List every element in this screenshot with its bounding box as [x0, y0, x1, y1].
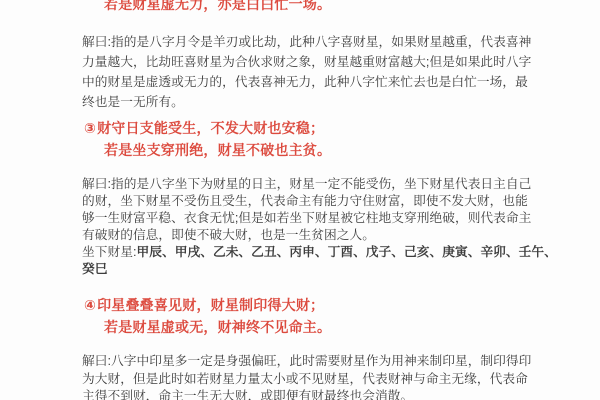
explain-line: 终也是一无所有。 — [82, 92, 531, 112]
explain-line: 力量越大，比劫旺喜财星为合伙求财之象，财星越重财富越大;但是如果此时八字 — [82, 52, 531, 72]
explain-line: 的财，坐下财星不受伤且受生，代表命主有能力守住财富，即使不发大财，也能 — [82, 193, 557, 210]
sitting-wealth-list-line: 癸巳 — [82, 261, 557, 278]
section3-explain-paragraph: 解曰:指的是八字坐下为财星的日主，财星一定不能受伤，坐下财星代表日主自己 的财，… — [82, 176, 557, 278]
document-page: 若是财星虚无力，亦是白白忙一场。 解曰:指的是八字月令是羊刃或比劫，此种八字喜财… — [0, 0, 600, 400]
intro-explain-paragraph: 解曰:指的是八字月令是羊刃或比劫，此种八字喜财星，如果财星越重，代表喜神 力量越… — [82, 32, 531, 112]
explain-line: 解曰:指的是八字月令是羊刃或比劫，此种八字喜财星，如果财星越重，代表喜神 — [82, 32, 531, 52]
explain-line: 解曰:八字中印星多一定是身强偏旺，此时需要财星作为用神来制印星，制印得印 — [82, 353, 531, 371]
heading-line: 若是财星虚或无，财神终不见命主。 — [84, 316, 331, 338]
intro-heading-tail-line: 若是财星虚无力，亦是白白忙一场。 — [104, 0, 331, 14]
heading-line: ④印星叠叠喜见财，财星制印得大财； — [84, 294, 331, 316]
section4-number: ④ — [84, 297, 96, 313]
heading-line: ③财守日支能受生，不发大财也安稳； — [84, 117, 331, 139]
explain-line: 为大财，但是此时如若财星力量太小或不见财星，代表财神与命主无缘，代表命 — [82, 371, 531, 389]
explain-line: 够一生财富平稳、衣食无忧;但是如若坐下财星被它柱地支穿刑绝破，则代表命主 — [82, 210, 557, 227]
section3-heading: ③财守日支能受生，不发大财也安稳； 若是坐支穿刑绝，财星不破也主贫。 — [84, 117, 331, 161]
explain-line: 中的财星是虚透或无力的，代表喜神无力，此种八字忙来忙去也是白忙一场，最 — [82, 72, 531, 92]
explain-line: 有破财的信息，即使不破大财，也是一生贫困之人。 — [82, 227, 557, 244]
sitting-wealth-list-line: 坐下财星:甲辰、甲戌、乙未、乙丑、丙申、丁酉、戊子、己亥、庚寅、辛卯、壬午、 — [82, 244, 557, 261]
list-ganzhi: 甲辰、甲戌、乙未、乙丑、丙申、丁酉、戊子、己亥、庚寅、辛卯、壬午、 — [137, 245, 557, 259]
explain-line: 解曰:指的是八字坐下为财星的日主，财星一定不能受伤，坐下财星代表日主自己 — [82, 176, 557, 193]
explain-line: 主得不到财，命主一生无大财，或即便有财最终也会消散。 — [82, 388, 531, 400]
heading-line: 若是坐支穿刑绝，财星不破也主贫。 — [84, 139, 331, 161]
section4-explain-paragraph: 解曰:八字中印星多一定是身强偏旺，此时需要财星作为用神来制印星，制印得印 为大财… — [82, 353, 531, 400]
heading-text: 财守日支能受生，不发大财也安稳； — [97, 120, 324, 136]
section3-number: ③ — [84, 120, 96, 136]
heading-text: 印星叠叠喜见财，财星制印得大财； — [97, 297, 324, 313]
list-label: 坐下财星: — [82, 245, 137, 259]
section4-heading: ④印星叠叠喜见财，财星制印得大财； 若是财星虚或无，财神终不见命主。 — [84, 294, 331, 338]
